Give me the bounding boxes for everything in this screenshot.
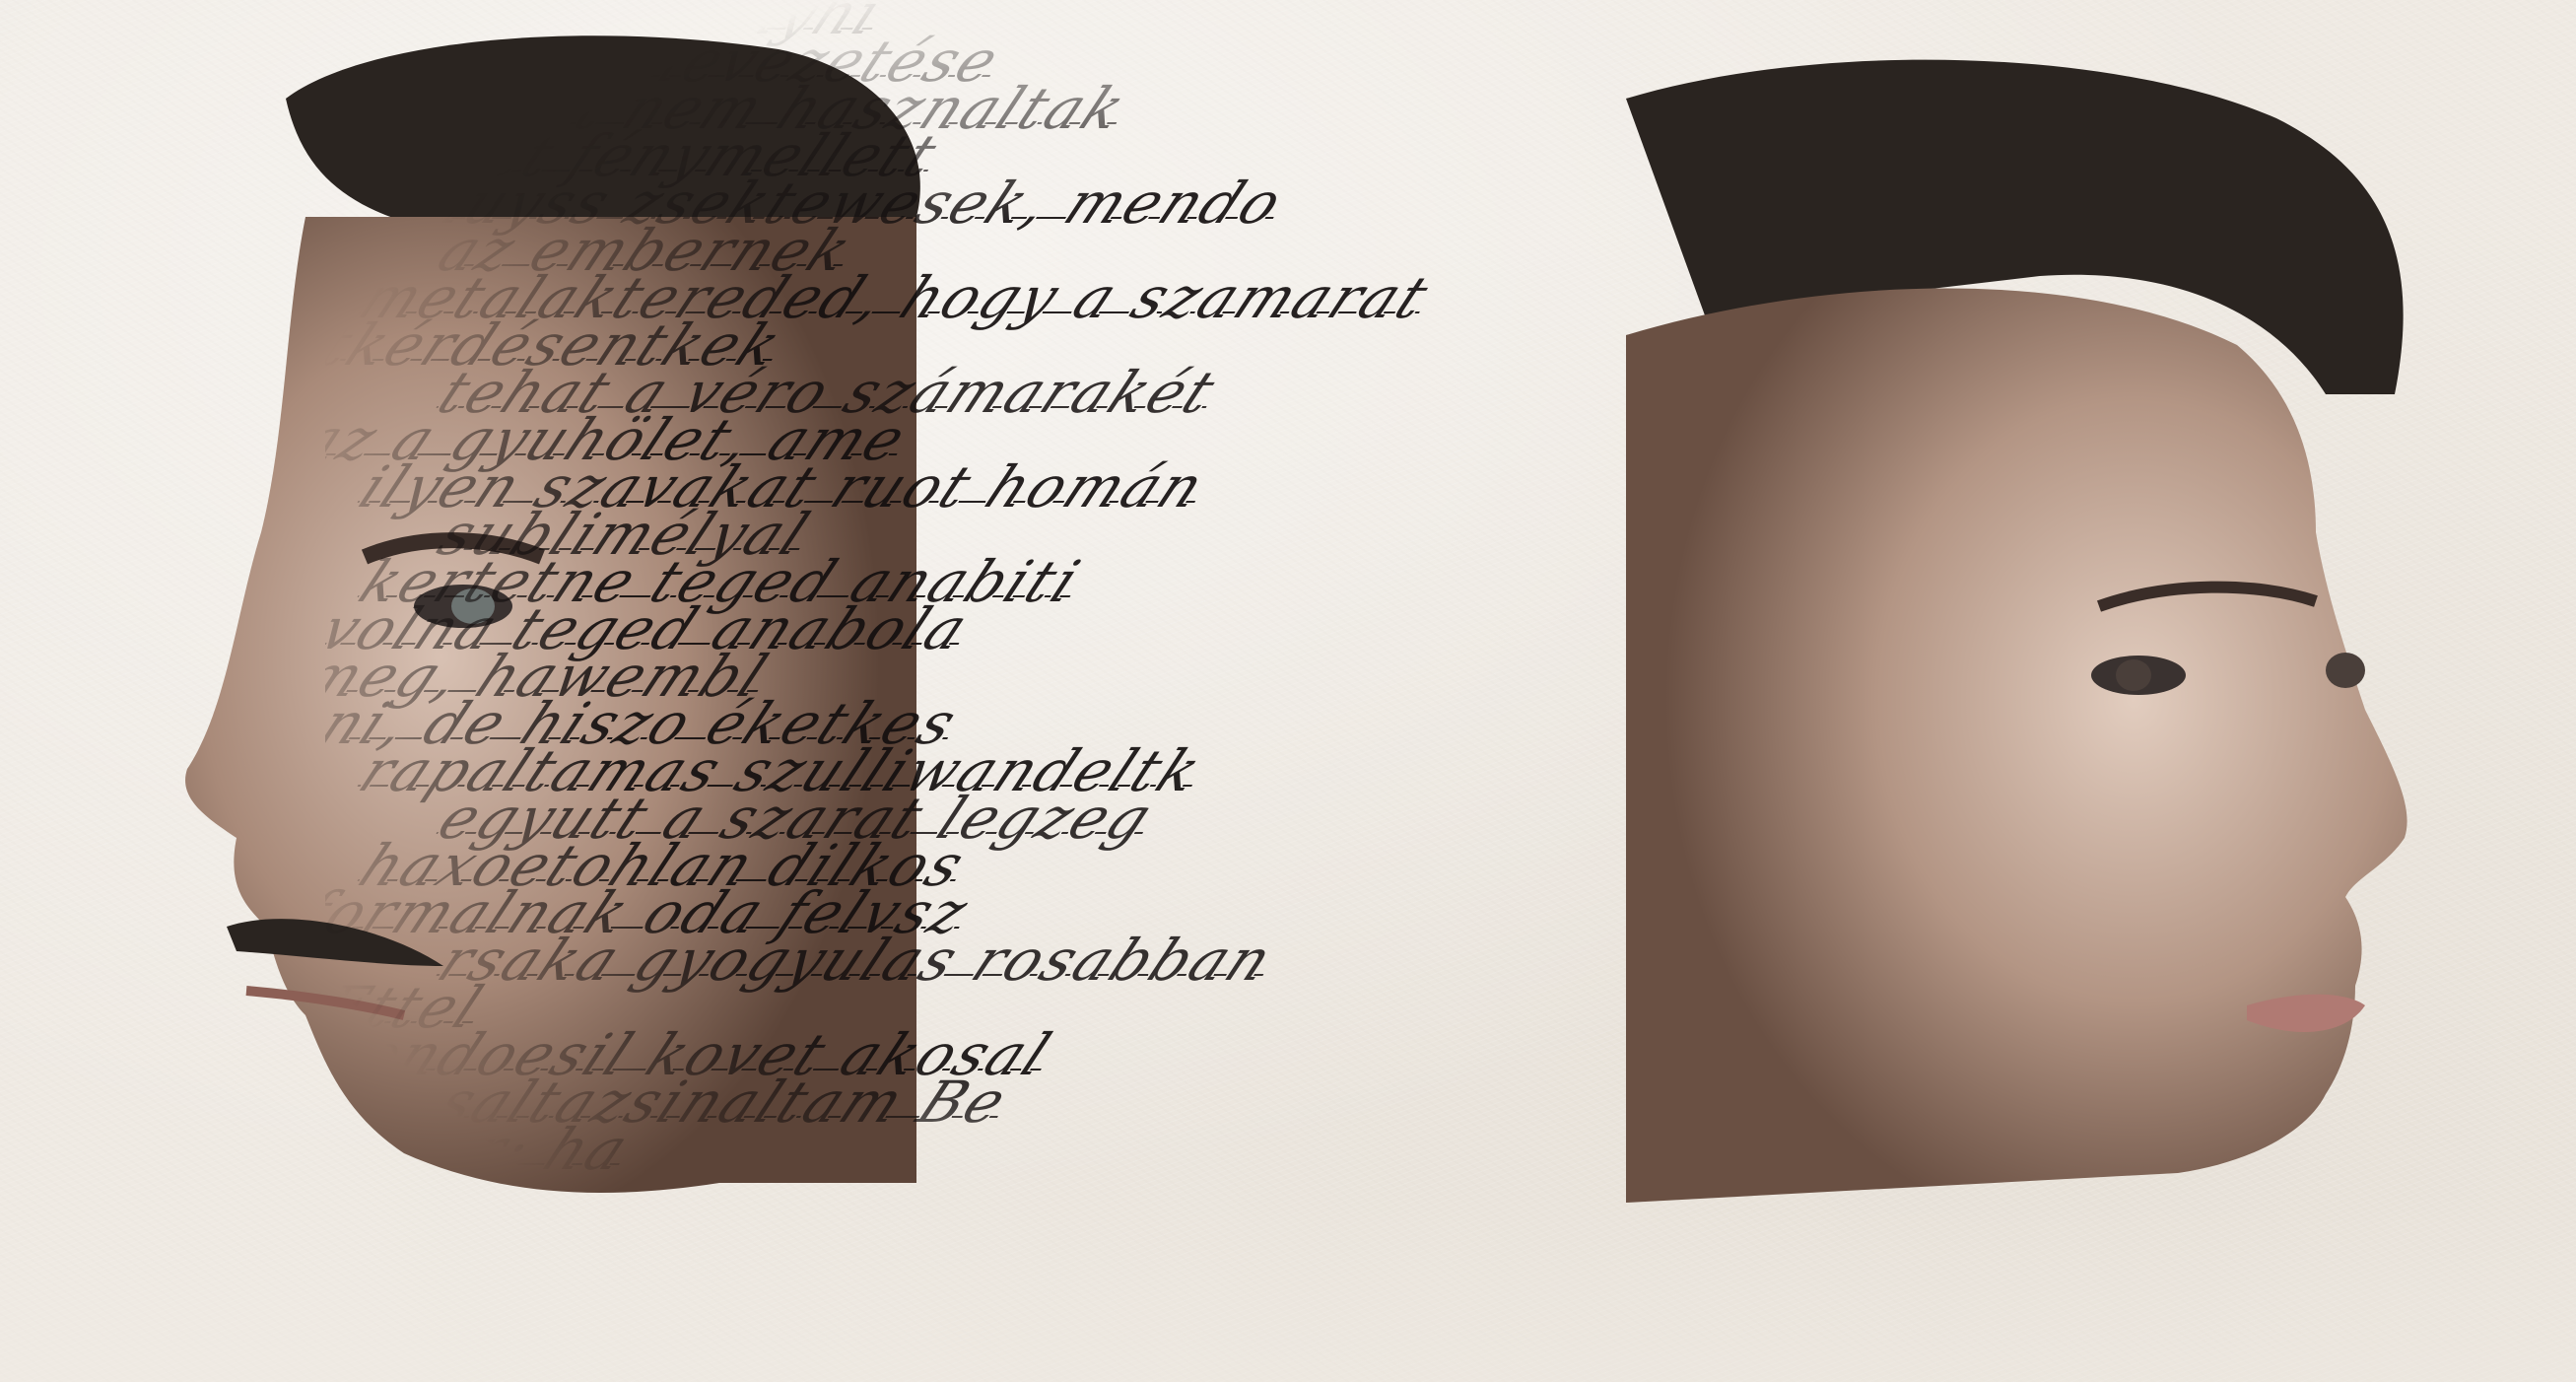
handwritten-script-overlay: palamikasiányhi motorikus levezetése aze…	[325, 0, 2198, 1382]
script-line: ember; ha	[325, 1126, 2198, 1173]
script-line: saltazsinaltam Be	[433, 1078, 2198, 1126]
script-line: rsaka gyogyulas rosabban	[433, 936, 2198, 984]
